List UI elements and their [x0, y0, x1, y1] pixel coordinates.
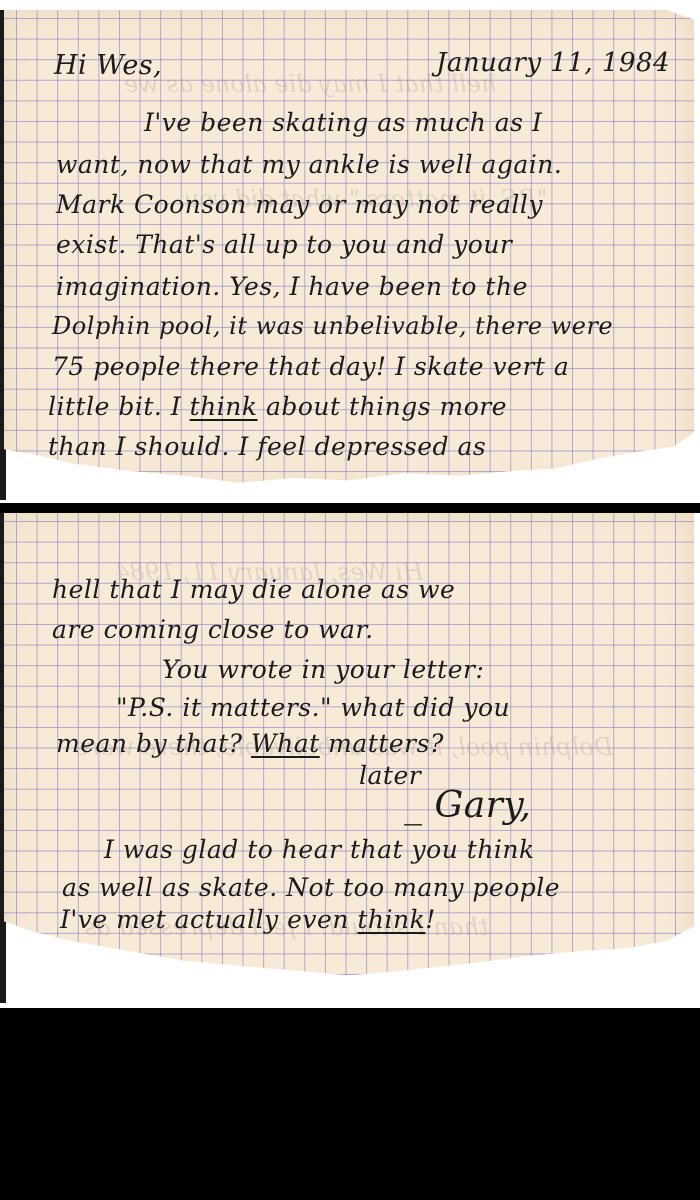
letter-text: little bit. I	[48, 392, 190, 421]
underlined-word: think	[357, 905, 425, 934]
letter-line: want, now that my ankle is well again.	[56, 150, 562, 179]
letter-text: mean by that?	[56, 729, 251, 758]
letter-text: I've met actually even	[60, 905, 357, 934]
letter-line: hell that I may die alone as we	[52, 575, 455, 604]
letter-line: little bit. I think about things more	[48, 392, 507, 421]
underlined-word: What	[251, 729, 320, 758]
letter-signature: _ Gary,	[404, 785, 531, 826]
letter-line: Dolphin pool, it was unbelivable, there …	[52, 312, 613, 340]
letter-line: exist. That's all up to you and your	[56, 230, 512, 259]
postscript-line: I've met actually even think!	[60, 905, 436, 934]
letter-line: mean by that? What matters?	[56, 729, 444, 758]
postscript-line: I was glad to hear that you think	[104, 835, 535, 864]
underlined-word: think	[190, 392, 258, 421]
letter-line: Mark Coonson may or may not really	[56, 190, 543, 219]
postscript-line: as well as skate. Not too many people	[62, 873, 560, 902]
letter-line: are coming close to war.	[52, 615, 374, 644]
letter-date: January 11, 1984	[436, 48, 670, 78]
letter-line: I've been skating as much as I	[144, 108, 542, 137]
letter-page-1: hell that I may die alone as we "P.S. it…	[4, 10, 694, 490]
letter-line: than I should. I feel depressed as	[48, 432, 486, 461]
letter-line: imagination. Yes, I have been to the	[56, 272, 528, 301]
greeting: Hi Wes,	[54, 50, 162, 81]
letter-text: !	[425, 905, 436, 934]
letter-text: matters?	[320, 729, 444, 758]
letter-text: about things more	[258, 392, 508, 421]
letter-line: You wrote in your letter:	[162, 655, 484, 684]
letter-line: "P.S. it matters." what did you	[116, 693, 510, 722]
letter-line: 75 people there that day! I skate vert a	[52, 352, 569, 381]
letter-page-2: Hi Wes, January 11, 1984 Dolphin pool, i…	[4, 513, 694, 1005]
